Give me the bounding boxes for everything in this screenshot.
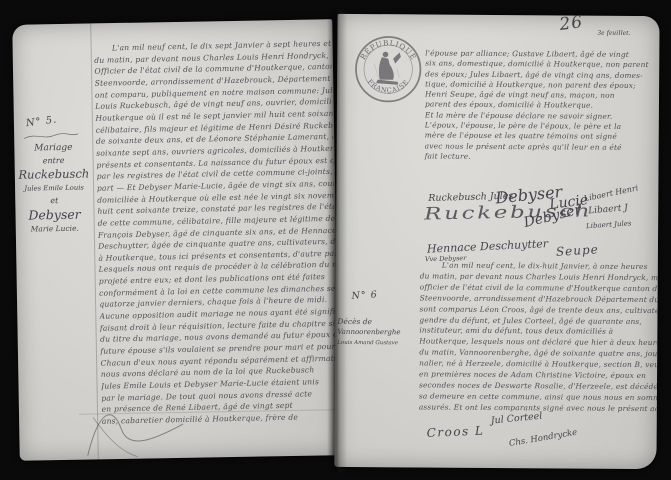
act-number: N° 6	[351, 289, 378, 302]
act5-text-block: L'an mil neuf cent, le dix sept Janvier …	[94, 38, 339, 428]
margin-title-line: Jules Emile Louis	[15, 181, 93, 195]
svg-text:FRANÇAISE: FRANÇAISE	[366, 78, 411, 95]
signature-libaert-jules: Libaert Jules	[586, 219, 632, 230]
signature-ruckebusch-flourish: Ruckebusch	[424, 201, 593, 224]
seal-top-text: RÉPUBLIQUE	[358, 38, 418, 62]
signature-libaert-j: Libaert J	[588, 203, 628, 216]
seated-liberty-figure	[376, 52, 401, 85]
signature-mayor: Chs. Hondrycke	[508, 428, 578, 449]
signature-libaert-henri: Libaert Henri	[583, 183, 639, 203]
closing-flourish-icon	[79, 399, 210, 463]
margin-title-line: Ruckebusch	[15, 166, 93, 182]
signature-croos: Croos L	[426, 423, 484, 440]
margin-annotation-act6: N° 6 Décès deVannoorenbergheLouis Amand …	[336, 290, 420, 291]
signature-ruckebusch-jules: Ruckebusch Jules	[428, 191, 513, 204]
left-page: N° 5. MariageentreRuckebuschJules Emile …	[12, 19, 340, 461]
act-number: N° 5.	[25, 114, 58, 129]
seal-bottom-text: FRANÇAISE	[366, 78, 411, 95]
signature-deschuytter: Hennace Deschuytter	[427, 237, 549, 255]
signature-seupe: Seupe	[556, 242, 600, 259]
death-margin-title: Décès deVannoorenbergheLouis Amand Gusta…	[337, 316, 421, 350]
act5-continuation-block: l'épouse par alliance; Gustave Libaert, …	[425, 48, 658, 163]
margin-annotation-act5: N° 5. MariageentreRuckebuschJules Emile …	[14, 111, 92, 112]
svg-text:RÉPUBLIQUE: RÉPUBLIQUE	[358, 38, 418, 62]
archival-register-scan: N° 5. MariageentreRuckebuschJules Emile …	[0, 0, 671, 480]
republique-francaise-seal-icon: RÉPUBLIQUE FRANÇAISE	[353, 34, 423, 104]
signature-lucie: Lucie	[548, 192, 589, 213]
act6-text-block: L'an mil neuf cent, le dix-huit Janvier,…	[419, 260, 658, 414]
margin-title-line: Louis Amand Gustave	[337, 338, 421, 350]
right-page: 26 3e feuillet. RÉPUBLIQUE FRANÇAISE	[334, 14, 659, 469]
underline-flourish-icon	[22, 130, 80, 143]
feuillet-label: 3e feuillet.	[597, 29, 630, 37]
margin-title-line: Debyser	[15, 206, 93, 223]
margin-title-line: Décès de	[337, 316, 421, 328]
marriage-margin-title: MariageentreRuckebuschJules Emile Louise…	[14, 141, 94, 236]
signature-debyser: Debyser	[495, 182, 563, 207]
margin-title-line: Marie Lucie.	[16, 222, 94, 236]
page-number: 26	[558, 12, 584, 35]
handwritten-line: fait lecture.	[425, 151, 657, 163]
signature-debyser-scrawl: Debyser	[522, 202, 583, 231]
margin-title-line: Vannoorenberghe	[337, 327, 421, 339]
